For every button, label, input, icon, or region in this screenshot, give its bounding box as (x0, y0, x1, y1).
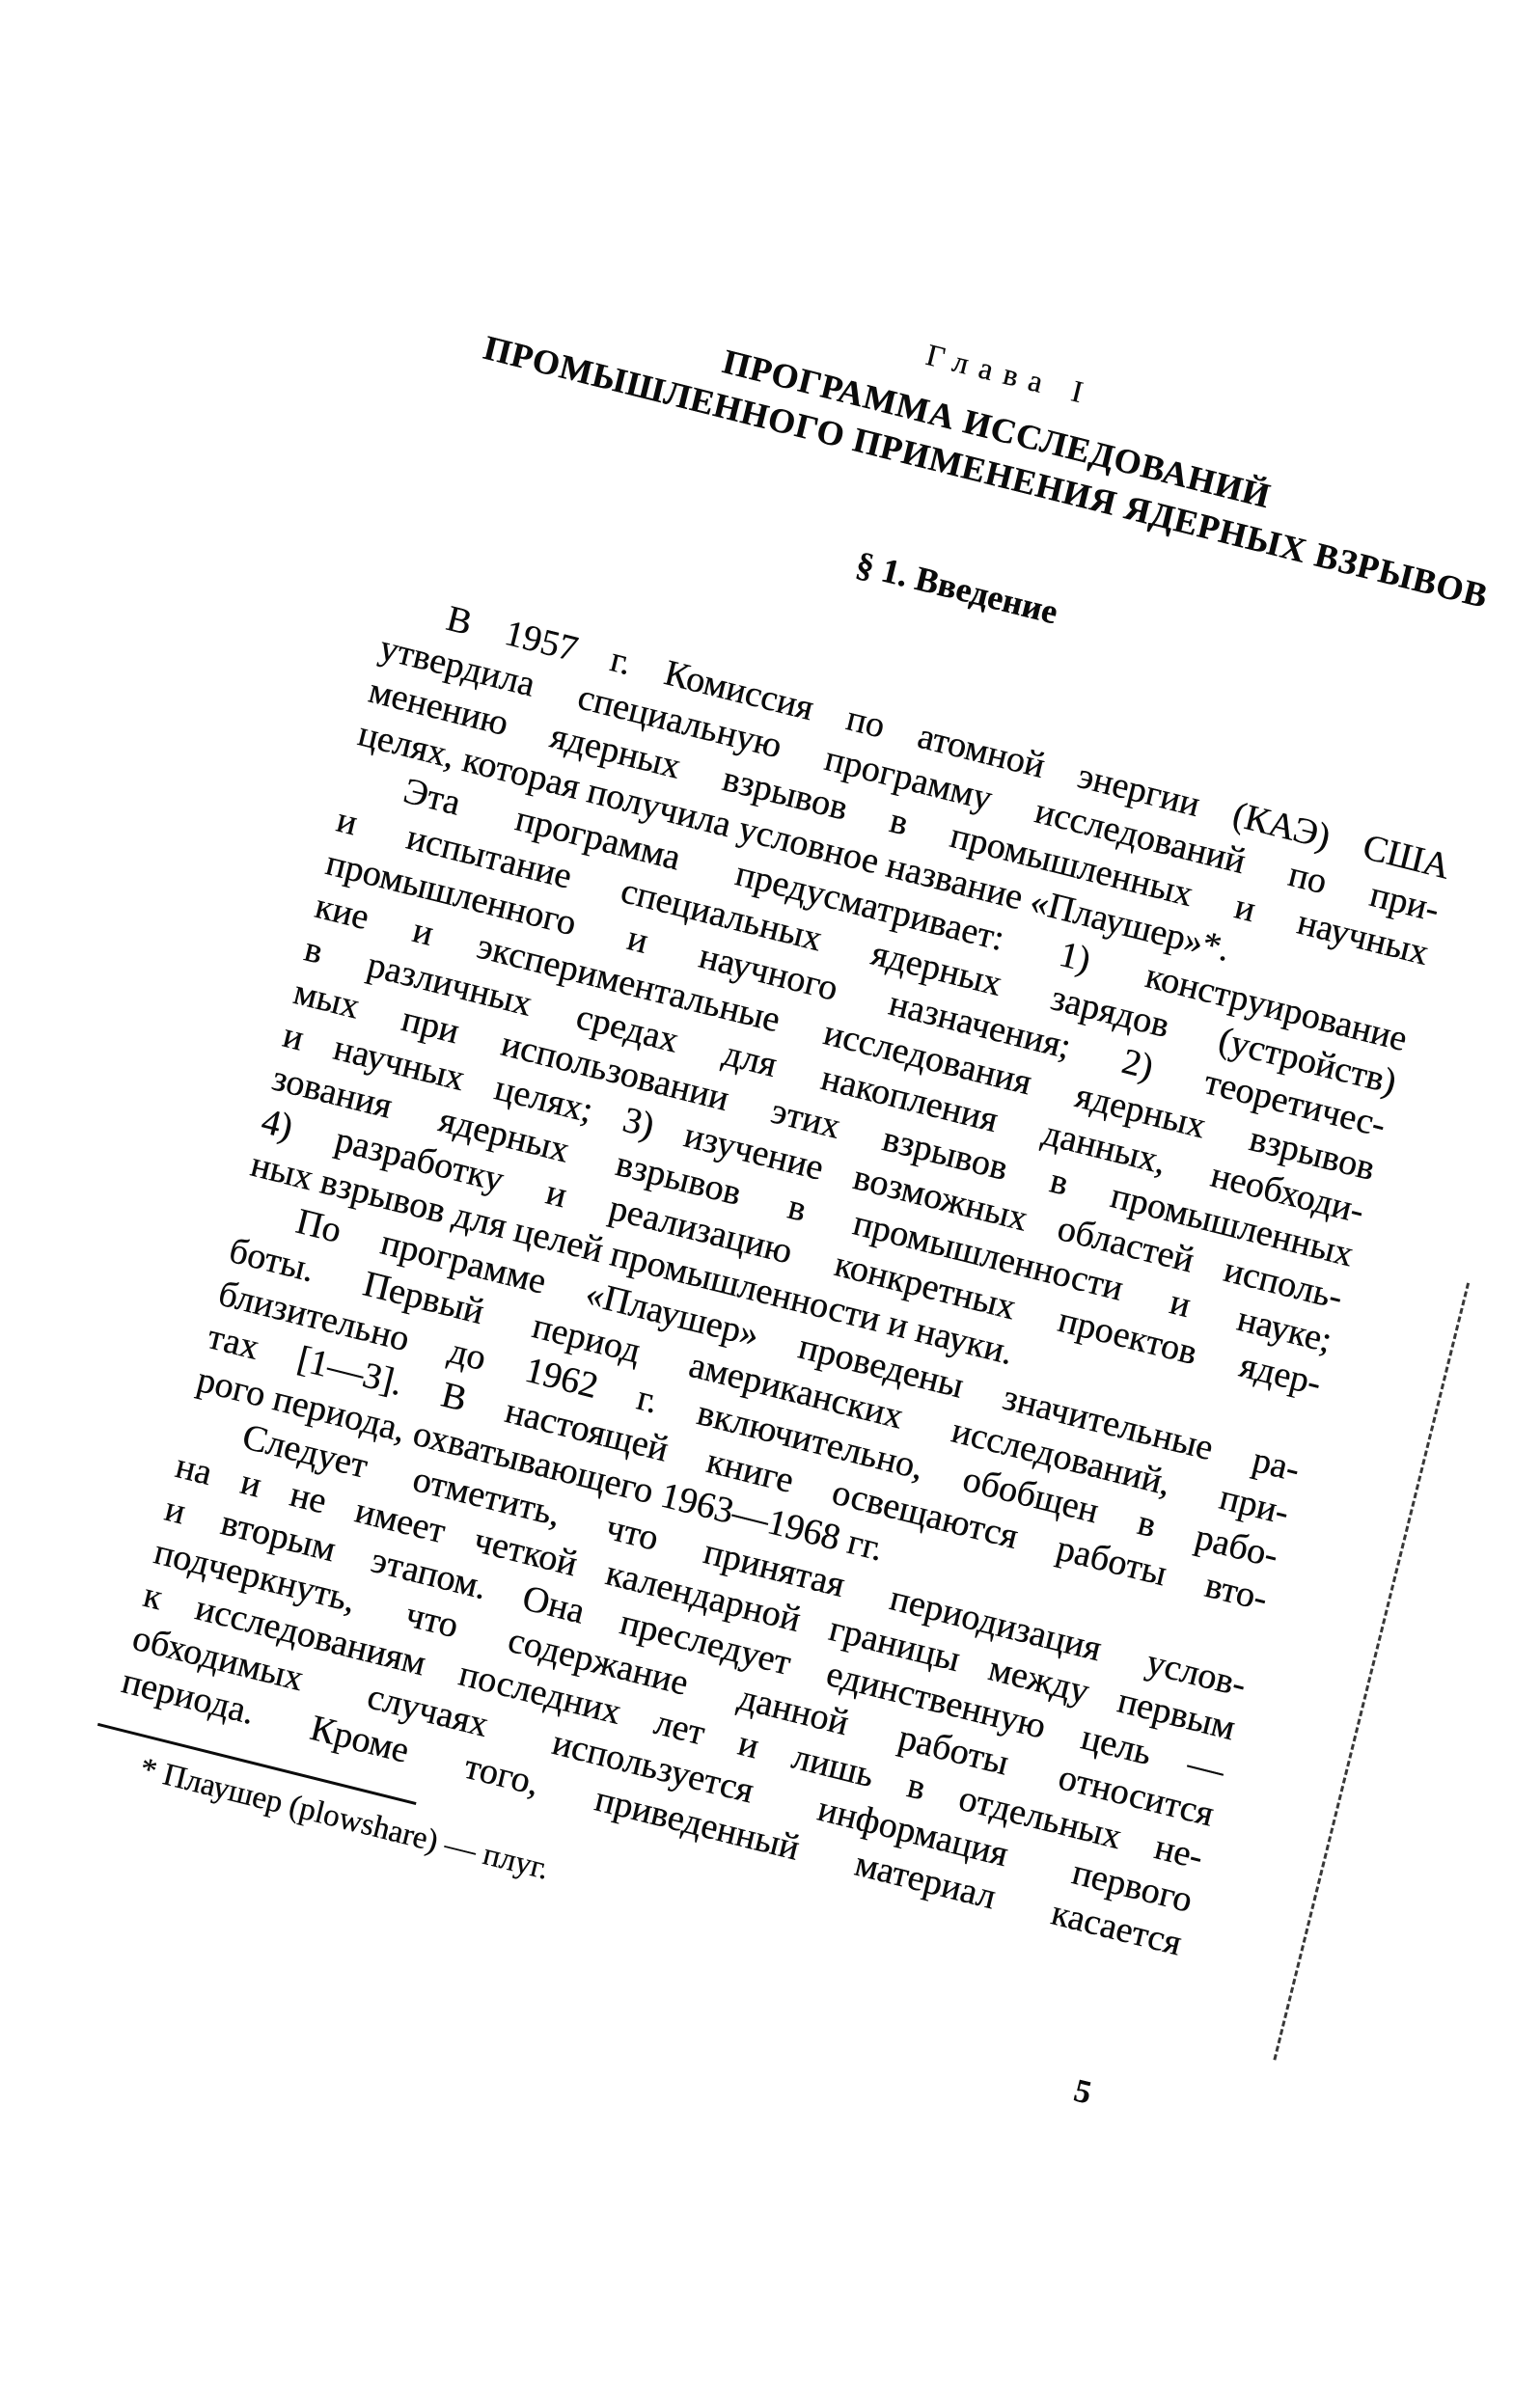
body-text: В 1957 г. Комиссия по атомной энергии (К… (118, 583, 1455, 1966)
page-content-block: Глава I ПРОГРАММА ИССЛЕДОВАНИЙ ПРОМЫШЛЕН… (77, 222, 1513, 2127)
chapter-title-line-1: ПРОГРАММА ИССЛЕДОВАНИЙ (462, 275, 1513, 582)
scanned-book-page: Глава I ПРОГРАММА ИССЛЕДОВАНИЙ ПРОМЫШЛЕН… (0, 0, 1513, 2408)
